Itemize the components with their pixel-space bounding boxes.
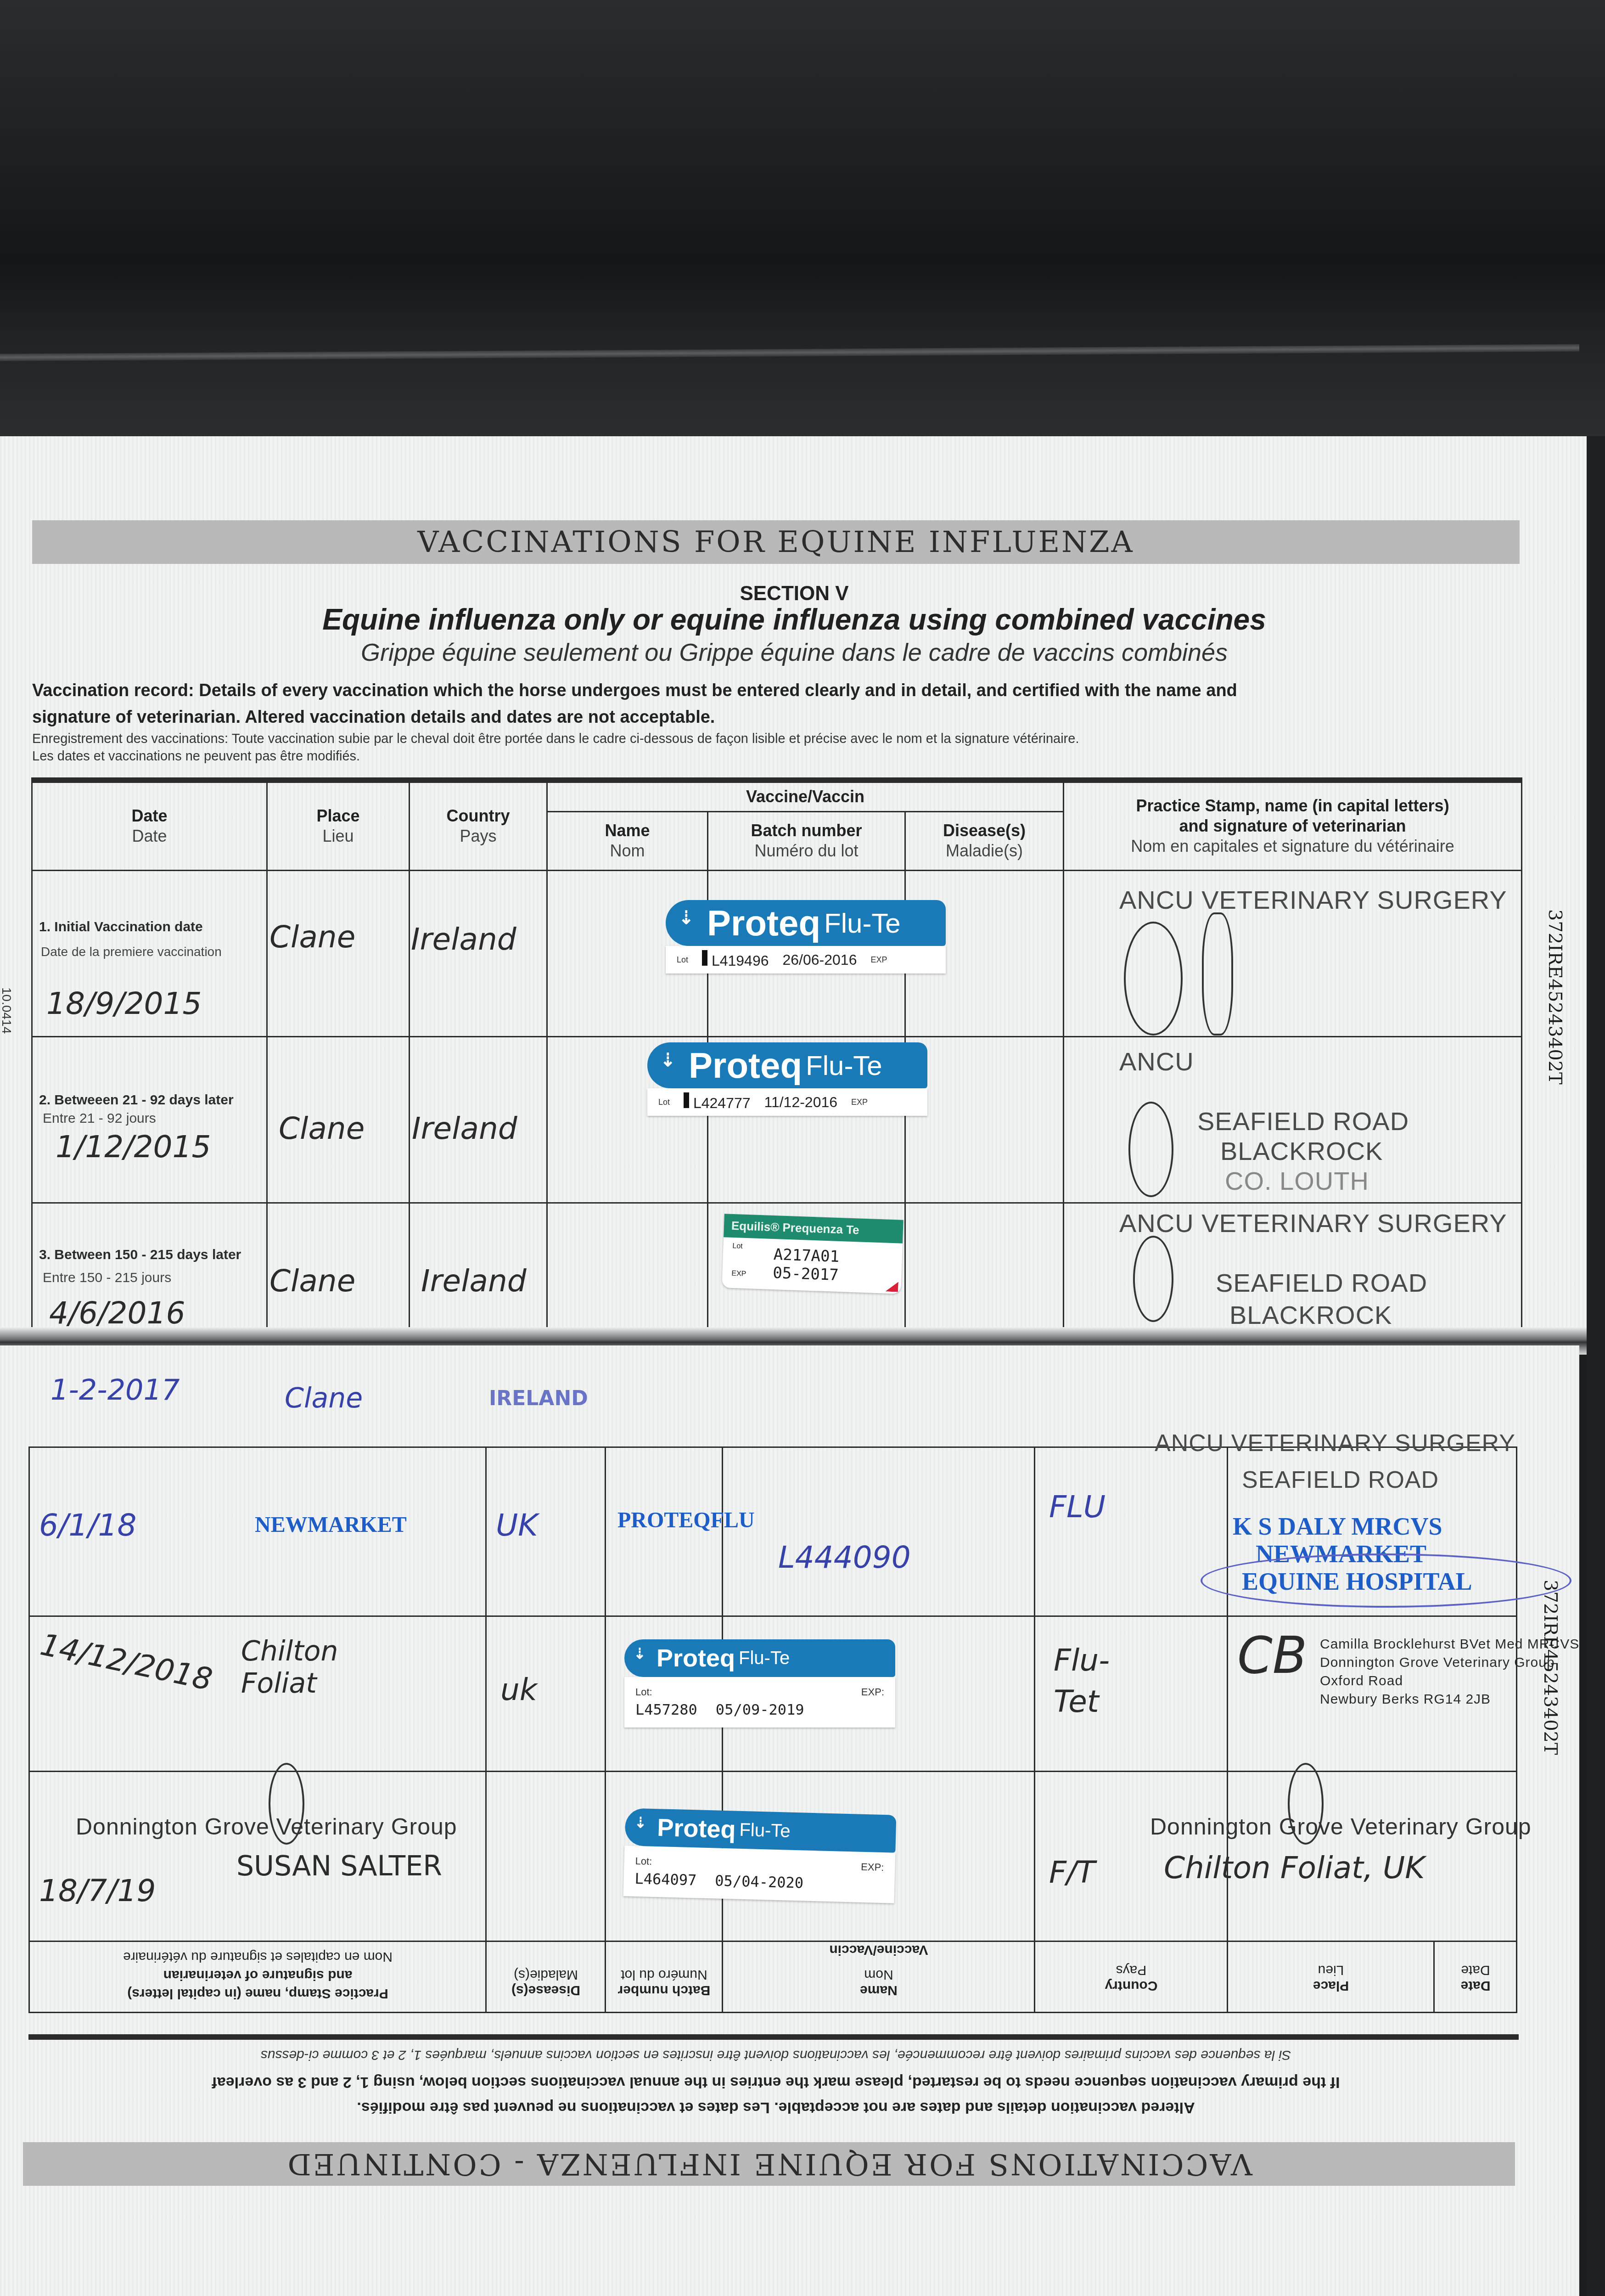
vaccine-sticker: ⇣ProteqFlu-Te Lot:EXP:L45728005/09-2019 xyxy=(624,1639,895,1728)
header-batch-flipped: Batch numberNuméro du lot xyxy=(606,1941,723,2013)
page-banner: VACCINATIONS FOR EQUINE INFLUENZA xyxy=(32,520,1520,564)
batch-number: L464097 xyxy=(634,1870,697,1889)
cell-disease: FLU xyxy=(1035,1447,1228,1616)
practice-stamp-town: BLACKROCK xyxy=(1229,1300,1392,1330)
practice-stamp-town: BLACKROCK xyxy=(1220,1136,1383,1166)
header-batch: Batch numberNuméro du lot xyxy=(708,811,905,870)
header-disease-flipped: Disease(s)Maladie(s) xyxy=(486,1941,606,2013)
cell-practice-stamp: ANCU VETERINARY SURGERY xyxy=(1064,870,1522,1036)
expiry-date: 05/04-2020 xyxy=(715,1872,804,1891)
altered-note: Altered vaccination details and dates ar… xyxy=(32,2096,1520,2119)
batch-number: L444090 xyxy=(778,1540,911,1575)
cell-date-place: 6/1/18 NEWMARKET xyxy=(29,1447,486,1616)
header-practice-stamp: Practice Stamp, name (in capital letters… xyxy=(1064,780,1522,870)
instructions-en-line-2: signature of veterinarian. Altered vacci… xyxy=(32,704,1520,731)
overflow-date: 1-2-2017 xyxy=(51,1373,180,1407)
header-country-flipped: CountryPays xyxy=(1035,1941,1228,2013)
expiry-date: 05-2017 xyxy=(773,1264,839,1284)
vet-signature xyxy=(1128,1102,1173,1197)
vet-signature xyxy=(1288,1763,1324,1845)
continued-banner: VACCINATIONS FOR EQUINE INFLUENZA - CONT… xyxy=(23,2142,1515,2186)
disease: F/T xyxy=(1049,1855,1095,1890)
sticker-lot-row: Lot:EXP:L46409705/04-2020 xyxy=(623,1846,896,1903)
lot-label: Lot xyxy=(732,1242,743,1251)
vaccination-country: Ireland xyxy=(421,1263,527,1299)
restart-note-en: If the primary vaccination sequence need… xyxy=(32,2071,1520,2094)
annual-vaccination-table: 6/1/18 NEWMARKET UK PROTEQFLU L444090 FL… xyxy=(28,1446,1517,2013)
vaccination-place: NEWMARKET xyxy=(255,1512,407,1537)
instructions-fr-line-2: Les dates et vaccinations ne peuvent pas… xyxy=(32,748,1520,765)
interval-label-fr: Entre 150 - 215 jours xyxy=(43,1270,171,1286)
exp-label: EXP xyxy=(731,1270,746,1278)
table-row: 6/1/18 NEWMARKET UK PROTEQFLU L444090 FL… xyxy=(29,1447,1517,1616)
header-place-flipped: PlaceLieu xyxy=(1228,1941,1434,2013)
instructions-en: Vaccination record: Details of every vac… xyxy=(32,677,1520,731)
vaccination-country: UK xyxy=(496,1508,538,1543)
interval-label: 2. Betweeen 21 - 92 days later xyxy=(39,1092,234,1108)
vaccination-country: Ireland xyxy=(411,922,516,957)
cell-country: UK xyxy=(486,1447,606,1616)
expiry-date: 26/06-2016 xyxy=(783,951,857,968)
sticker-lot-row: Lot L41949626/06-2016EXP xyxy=(666,946,946,974)
vaccination-date: 18/9/2015 xyxy=(46,986,202,1021)
vet-signature xyxy=(269,1763,304,1845)
cell-name xyxy=(547,1203,708,1340)
overflow-place: Clane xyxy=(285,1382,363,1414)
vet-signature-stroke xyxy=(1202,912,1233,1035)
section-label: SECTION V xyxy=(0,582,1588,605)
practice-stamp-address: SEAFIELD ROAD xyxy=(1216,1268,1427,1298)
vaccination-date: 14/12/2018 xyxy=(37,1626,215,1697)
vaccine-sticker-equilis: Equilis® Prequenza Te Lot A217A01 EXP 05… xyxy=(722,1214,903,1294)
sticker-lot-row: Lot L42477711/12-2016EXP xyxy=(647,1088,927,1116)
header-practice-stamp-flipped: Practice Stamp, name (in capital letters… xyxy=(29,1941,486,2013)
arrow-down-icon: ⇣ xyxy=(679,907,694,929)
sticker-corner-mark xyxy=(885,1282,898,1292)
vaccination-date: 1/12/2015 xyxy=(56,1129,211,1165)
expiry-date: 11/12-2016 xyxy=(764,1094,838,1111)
cell-date-place: 14/12/2018 Chilton Foliat xyxy=(29,1616,486,1772)
batch-number: A217A01 xyxy=(773,1245,840,1266)
sticker-brand: ⇣ProteqFlu-Te xyxy=(647,1042,927,1088)
cell-practice-stamp: CB Camilla Brocklehurst BVet Med MRCVS D… xyxy=(1228,1616,1517,1772)
sticker-brand: ⇣ProteqFlu-Te xyxy=(624,1639,895,1677)
practice-stamp-address: SEAFIELD ROAD xyxy=(1242,1466,1439,1494)
vaccine-sticker: ⇣ProteqFlu-Te Lot L41949626/06-2016EXP xyxy=(666,900,946,974)
arrow-down-icon: ⇣ xyxy=(660,1050,676,1071)
vaccination-country: uk xyxy=(500,1672,537,1707)
disease: Flu-Tet xyxy=(1054,1640,1145,1722)
practice-stamp-text: Donnington Grove Veterinary Group xyxy=(76,1813,457,1840)
cell-country: uk xyxy=(486,1616,606,1772)
vaccine-sticker: ⇣ProteqFlu-Te Lot:EXP:L46409705/04-2020 xyxy=(623,1808,897,1903)
disease: FLU xyxy=(1049,1489,1106,1525)
arrow-down-icon: ⇣ xyxy=(634,1645,646,1662)
cell-place: Clane xyxy=(267,1203,410,1340)
cell-disease: Flu-Tet xyxy=(1035,1616,1228,1772)
header-date-flipped: DateDate xyxy=(1434,1941,1517,2013)
cell-country: Ireland xyxy=(410,1203,547,1340)
cell-practice-stamp: ANCU VETERINARY SURGERY SEAFIELD ROAD K … xyxy=(1228,1447,1517,1616)
sticker-lot-row: Lot:EXP:L45728005/09-2019 xyxy=(624,1677,895,1728)
practice-stamp-text: ANCU VETERINARY SURGERY xyxy=(1119,1208,1507,1238)
page-heading: Equine influenza only or equine influenz… xyxy=(0,602,1588,636)
horse-id-number: 372IRE45243402T xyxy=(1540,1580,1561,1755)
vaccination-date: 4/6/2016 xyxy=(49,1295,185,1331)
sticker-brand: ⇣ProteqFlu-Te xyxy=(666,900,946,946)
horse-id-number: 372IRE45243402T xyxy=(1544,909,1566,1085)
practice-stamp-text: ANCU VETERINARY SURGERY xyxy=(1119,885,1507,915)
page-subheading: Grippe équine seulement ou Grippe équine… xyxy=(0,638,1588,667)
cell-practice-stamp: Donnington Grove Veterinary Group Chilto… xyxy=(1228,1772,1517,1941)
vaccine-sticker: ⇣ProteqFlu-Te Lot L42477711/12-2016EXP xyxy=(647,1042,927,1116)
vaccination-place: Clane xyxy=(269,919,355,955)
cell-disease xyxy=(905,1203,1064,1340)
margin-reference: 10.0414 xyxy=(0,987,14,1034)
header-vaccine-group: Vaccine/Vaccin xyxy=(547,780,1064,811)
cell-date: 1. Initial Vaccination date Date de la p… xyxy=(32,870,267,1036)
interval-label: 1. Initial Vaccination date xyxy=(39,919,203,935)
vaccination-place: Clane xyxy=(269,1263,355,1299)
batch-number: L424777 xyxy=(693,1095,751,1111)
vaccination-date: 18/7/19 xyxy=(39,1873,156,1908)
cell-date: 2. Betweeen 21 - 92 days later Entre 21 … xyxy=(32,1036,267,1203)
table-bottom-rule xyxy=(28,2034,1519,2040)
expiry-date: 05/09-2019 xyxy=(716,1701,804,1718)
overflow-country: IRELAND xyxy=(489,1387,588,1410)
interval-label-fr: Entre 21 - 92 jours xyxy=(43,1111,156,1126)
cell-country: Ireland xyxy=(410,1036,547,1203)
vaccination-date: 6/1/18 xyxy=(39,1508,136,1543)
cell-place: Clane xyxy=(267,1036,410,1203)
flipped-header-row: Practice Stamp, name (in capital letters… xyxy=(29,1941,1517,2013)
header-disease: Disease(s)Maladie(s) xyxy=(905,811,1064,870)
batch-number: L457280 xyxy=(635,1701,697,1718)
vaccination-place: Clane xyxy=(279,1111,365,1146)
cell-disease xyxy=(905,1036,1064,1203)
vet-name: SUSAN SALTER xyxy=(236,1850,442,1882)
cell-practice-stamp: ANCU VETERINARY SURGERY SEAFIELD ROAD BL… xyxy=(1064,1203,1522,1340)
practice-location: Chilton Foliat, UK xyxy=(1164,1850,1425,1885)
interval-label-fr: Date de la premiere vaccination xyxy=(41,945,222,959)
cell-date-place: Donnington Grove Veterinary Group SUSAN … xyxy=(29,1772,486,1941)
vaccine-name: PROTEQFLU xyxy=(617,1508,755,1533)
interval-label: 3. Between 150 - 215 days later xyxy=(39,1247,241,1263)
cell-country: Ireland xyxy=(410,870,547,1036)
practice-stamp-address: SEAFIELD ROAD xyxy=(1197,1106,1409,1136)
practice-stamp-text: Donnington Grove Veterinary Group xyxy=(1150,1813,1532,1840)
sticker-brand: ⇣ProteqFlu-Te xyxy=(624,1808,896,1852)
vaccination-place: Chilton Foliat xyxy=(241,1635,388,1699)
practice-stamp-county: CO. LOUTH xyxy=(1225,1166,1369,1196)
header-name: NameNom xyxy=(547,811,708,870)
vet-signature: CB xyxy=(1237,1626,1307,1685)
batch-number: L419496 xyxy=(712,952,769,969)
cell-practice-stamp: ANCU SEAFIELD ROAD BLACKROCK CO. LOUTH xyxy=(1064,1036,1522,1203)
header-date: DateDate xyxy=(32,780,267,870)
instructions-en-line-1: Vaccination record: Details of every vac… xyxy=(32,677,1520,704)
instructions-fr-line-1: Enregistrement des vaccinations: Toute v… xyxy=(32,730,1520,748)
cell-date: 3. Between 150 - 215 days later Entre 15… xyxy=(32,1203,267,1340)
vet-stamp-name: K S DALY MRCVS xyxy=(1233,1512,1442,1541)
instructions-fr: Enregistrement des vaccinations: Toute v… xyxy=(32,730,1520,765)
header-place: PlaceLieu xyxy=(267,780,410,870)
vaccination-country: Ireland xyxy=(412,1111,517,1146)
header-name-flipped: NameNomVaccine/Vaccin xyxy=(723,1941,1035,2013)
cell-country xyxy=(486,1772,606,1941)
book-spine-edge xyxy=(1587,436,1605,2296)
cell-batch: PROTEQFLU L444090 xyxy=(723,1447,1035,1616)
cell-place: Clane xyxy=(267,870,410,1036)
header-country: CountryPays xyxy=(410,780,547,870)
practice-stamp-text: ANCU xyxy=(1119,1047,1194,1076)
vet-signature xyxy=(1124,922,1183,1035)
scanner-background xyxy=(0,0,1605,436)
arrow-down-icon: ⇣ xyxy=(634,1814,647,1832)
restart-note-fr: Si la sequence des vaccins primaires doi… xyxy=(32,2043,1520,2066)
vet-signature xyxy=(1133,1236,1173,1322)
vet-signature xyxy=(1201,1553,1571,1608)
practice-stamp-text: ANCU VETERINARY SURGERY xyxy=(1155,1429,1515,1457)
